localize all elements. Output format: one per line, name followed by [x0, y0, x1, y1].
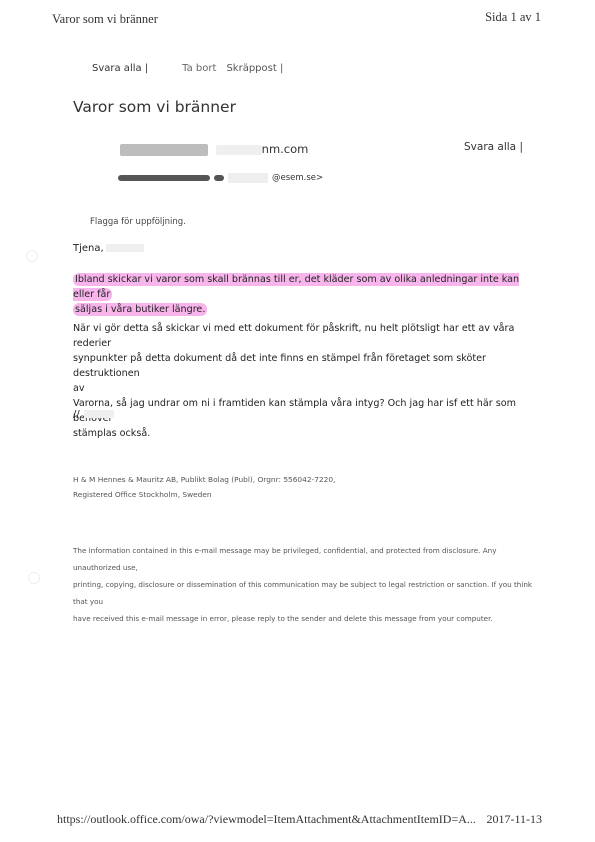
- greeting-text: Tjena,: [73, 243, 104, 254]
- greeting: Tjena,: [73, 243, 144, 254]
- body-line: Varorna, så jag undrar om ni i framtiden…: [73, 396, 543, 426]
- punch-hole-mark: [28, 572, 40, 584]
- signature-prefix: //: [73, 409, 80, 420]
- highlighted-line-2: säljas i våra butiker längre.: [73, 303, 207, 316]
- reply-all-button[interactable]: Svara alla |: [92, 63, 148, 74]
- disclaimer-line: The information contained in this e-mail…: [73, 542, 533, 576]
- legal-line: H & M Hennes & Mauritz AB, Publikt Bolag…: [73, 472, 335, 487]
- body-line: synpunkter på detta dokument då det inte…: [73, 351, 543, 381]
- disclaimer-line: printing, copying, disclosure or dissemi…: [73, 576, 533, 610]
- sender-line: nm.com: [120, 142, 308, 156]
- print-page-number: Sida 1 av 1: [485, 10, 541, 25]
- recipient-email-domain: @esem.se>: [272, 173, 323, 183]
- redacted-recipient-email: [228, 173, 268, 183]
- print-footer-url: https://outlook.office.com/owa/?viewmode…: [57, 812, 476, 827]
- highlighted-paragraph: Ibland skickar vi varor som skall bränna…: [73, 272, 543, 317]
- redacted-sender-email: [216, 145, 262, 155]
- email-disclaimer: The information contained in this e-mail…: [73, 542, 533, 627]
- body-paragraph: När vi gör detta så skickar vi med ett d…: [73, 321, 543, 441]
- print-footer-date: 2017-11-13: [486, 812, 542, 827]
- reply-all-header-button[interactable]: Svara alla |: [464, 141, 523, 153]
- recipient-line: @esem.se>: [118, 173, 323, 183]
- message-subject: Varor som vi bränner: [73, 98, 236, 116]
- disclaimer-line: have received this e-mail message in err…: [73, 610, 533, 627]
- legal-line: Registered Office Stockholm, Sweden: [73, 487, 335, 502]
- redacted-sender-name: [120, 144, 208, 156]
- redacted-recipient-part: [214, 175, 224, 181]
- body-line: När vi gör detta så skickar vi med ett d…: [73, 321, 543, 351]
- signature: //: [73, 409, 114, 420]
- delete-button[interactable]: Ta bort: [182, 63, 216, 74]
- message-toolbar: Svara alla | Ta bort Skräppost |: [92, 63, 283, 74]
- flag-for-followup[interactable]: Flagga för uppföljning.: [90, 217, 186, 227]
- highlighted-line-1: Ibland skickar vi varor som skall bränna…: [73, 273, 519, 301]
- body-line: stämplas också.: [73, 426, 543, 441]
- body-line: av: [73, 381, 543, 396]
- redacted-recipient-name: [118, 175, 210, 181]
- redacted-signature: [84, 410, 114, 418]
- company-legal-info: H & M Hennes & Mauritz AB, Publikt Bolag…: [73, 472, 335, 502]
- redacted-name: [106, 244, 144, 252]
- print-header-title: Varor som vi bränner: [52, 12, 158, 27]
- sender-email-domain: nm.com: [262, 142, 309, 156]
- punch-hole-mark: [26, 250, 38, 262]
- junk-button[interactable]: Skräppost |: [226, 63, 283, 74]
